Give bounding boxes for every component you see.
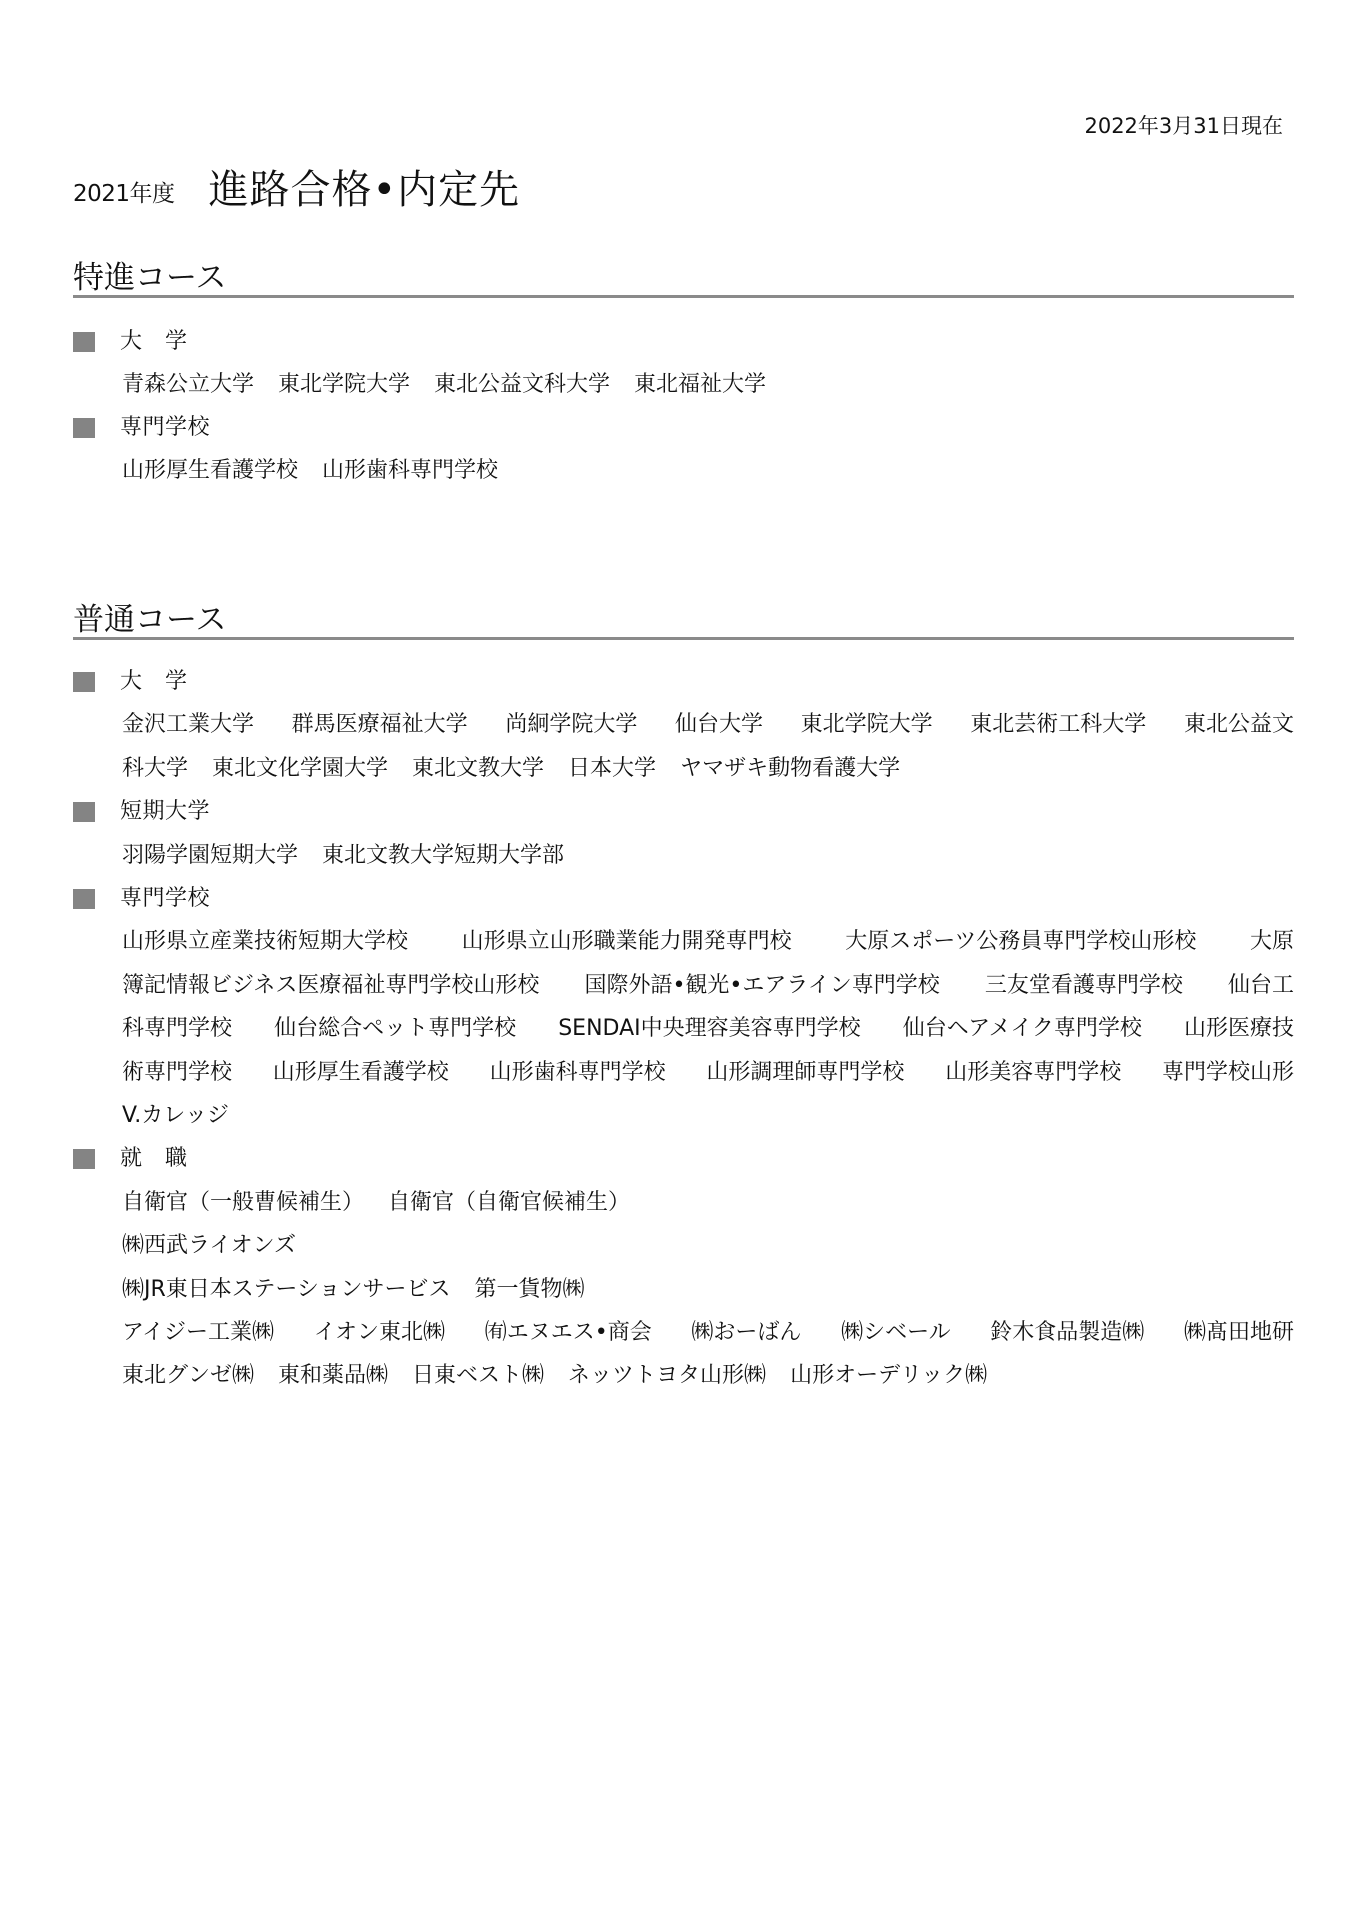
category-label: 専門学校 [120,406,210,449]
list-item: ネッツトヨタ山形㈱ [568,1354,766,1397]
list-item: 尚絅学院大学 [505,703,637,746]
list-item: ㈱西武ライオンズ [122,1224,296,1267]
list-item: 仙台大学 [675,703,763,746]
square-bullet-icon [73,802,95,822]
list-item: 東北公益文科大学 [434,363,610,406]
course-heading: 特進コース [73,259,1294,295]
list-item: ㈱おーばん [691,1311,801,1354]
list-item: 自衛官（自衛官候補生） [388,1181,630,1224]
list-line: 簿記情報ビジネス医療福祉専門学校山形校国際外語•観光•エアライン専門学校三友堂看… [122,964,1294,1007]
category-header: 短期大学 [73,790,1294,833]
list-item: ㈱髙田地研 [1184,1311,1294,1354]
heading-rule [73,637,1294,640]
list-line: ㈱西武ライオンズ [122,1224,1294,1267]
list-line: 山形厚生看護学校山形歯科専門学校 [122,449,1294,492]
list-line: 東北グンゼ㈱東和薬品㈱日東ベスト㈱ネッツトヨタ山形㈱山形オーデリック㈱ [122,1354,1294,1397]
list-item: 山形県立産業技術短期大学校 [122,920,408,963]
category-header: 就 職 [73,1137,1294,1180]
list-item: 東北文教大学 [412,747,544,790]
list-item: 山形県立山形職業能力開発専門校 [462,920,792,963]
square-bullet-icon [73,332,95,352]
course-tokushin: 特進コース 大 学 青森公立大学東北学院大学東北公益文科大学東北福祉大学 専門学… [73,259,1294,298]
list-line: 羽陽学園短期大学東北文教大学短期大学部 [122,834,1294,877]
category-vocational: 専門学校 山形厚生看護学校山形歯科専門学校 [73,406,1294,493]
list-line: 山形県立産業技術短期大学校山形県立山形職業能力開発専門校大原スポーツ公務員専門学… [122,920,1294,963]
fiscal-year: 2021年度 [73,179,175,209]
list-item: 大原スポーツ公務員専門学校山形校 [845,920,1196,963]
list-item: 専門学校山形 [1162,1051,1294,1094]
category-vocational: 専門学校 山形県立産業技術短期大学校山形県立山形職業能力開発専門校大原スポーツ公… [73,877,1294,1137]
list-item: 仙台総合ペット専門学校 [274,1007,516,1050]
category-employment: 就 職 自衛官（一般曹候補生）自衛官（自衛官候補生） ㈱西武ライオンズ ㈱JR東… [73,1137,1294,1397]
list-item: ㈲エヌエス•商会 [485,1311,652,1354]
list-item: 山形オーデリック㈱ [790,1354,987,1397]
category-label: 短期大学 [120,790,210,833]
list-line: ㈱JR東日本ステーションサービス第一貨物㈱ [122,1268,1294,1311]
square-bullet-icon [73,418,95,438]
page-title: 進路合格•内定先 [209,165,521,215]
list-item: ヤマザキ動物看護大学 [680,747,900,790]
course-futsu: 普通コース 大 学 金沢工業大学群馬医療福祉大学尚絅学院大学仙台大学東北学院大学… [73,601,1294,640]
list-item: アイジー工業㈱ [122,1311,274,1354]
category-header: 専門学校 [73,406,1294,449]
list-item: 山形歯科専門学校 [490,1051,666,1094]
list-item: 東北文化学園大学 [212,747,388,790]
category-header: 専門学校 [73,877,1294,920]
list-item: 金沢工業大学 [122,703,254,746]
list-line: 術専門学校山形厚生看護学校山形歯科専門学校山形調理師専門学校山形美容専門学校専門… [122,1051,1294,1094]
list-item: イオン東北㈱ [314,1311,445,1354]
list-item: 簿記情報ビジネス医療福祉専門学校山形校 [122,964,539,1007]
list-item: 山形厚生看護学校 [122,449,298,492]
category-label: 大 学 [120,320,188,363]
list-item: 仙台工 [1228,964,1294,1007]
list-item: 群馬医療福祉大学 [292,703,468,746]
list-item: 東北芸術工科大学 [970,703,1146,746]
list-line: アイジー工業㈱イオン東北㈱㈲エヌエス•商会㈱おーばん㈱シベール鈴木食品製造㈱㈱髙… [122,1311,1294,1354]
list-item: 山形厚生看護学校 [273,1051,449,1094]
list-item: 第一貨物㈱ [474,1268,584,1311]
list-item: 日本大学 [568,747,656,790]
as-of-date: 2022年3月31日現在 [1084,112,1283,140]
list-item: 山形医療技 [1184,1007,1294,1050]
list-item: 東北文教大学短期大学部 [322,834,564,877]
list-item: 大原 [1250,920,1294,963]
list-item: 鈴木食品製造㈱ [990,1311,1144,1354]
list-item: 東北グンゼ㈱ [122,1354,254,1397]
list-item: 東北福祉大学 [634,363,766,406]
list-item: 羽陽学園短期大学 [122,834,298,877]
page-header: 2021年度 進路合格•内定先 [73,165,520,215]
category-label: 専門学校 [120,877,210,920]
list-item: 山形美容専門学校 [945,1051,1121,1094]
category-label: 大 学 [120,660,188,703]
list-item: 山形歯科専門学校 [322,449,498,492]
list-item: SENDAI中央理容美容専門学校 [558,1007,860,1050]
list-item: 科専門学校 [122,1007,232,1050]
category-university: 大 学 金沢工業大学群馬医療福祉大学尚絅学院大学仙台大学東北学院大学東北芸術工科… [73,660,1294,790]
list-item: ㈱JR東日本ステーションサービス [122,1268,450,1311]
list-line: 金沢工業大学群馬医療福祉大学尚絅学院大学仙台大学東北学院大学東北芸術工科大学東北… [122,703,1294,746]
list-line: 青森公立大学東北学院大学東北公益文科大学東北福祉大学 [122,363,1294,406]
list-item: 青森公立大学 [122,363,254,406]
category-junior-college: 短期大学 羽陽学園短期大学東北文教大学短期大学部 [73,790,1294,877]
list-item: 術専門学校 [122,1051,232,1094]
square-bullet-icon [73,1149,95,1169]
list-item: 国際外語•観光•エアライン専門学校 [584,964,939,1007]
list-item: 山形調理師専門学校 [706,1051,904,1094]
list-line: 自衛官（一般曹候補生）自衛官（自衛官候補生） [122,1181,1294,1224]
category-header: 大 学 [73,320,1294,363]
list-item: 自衛官（一般曹候補生） [122,1181,364,1224]
list-item: 東北学院大学 [278,363,410,406]
list-item: V.カレッジ [122,1094,229,1137]
list-item: 仙台ヘアメイク専門学校 [903,1007,1142,1050]
list-item: ㈱シベール [841,1311,951,1354]
list-item: 東和薬品㈱ [278,1354,388,1397]
list-item: 科大学 [122,747,188,790]
list-line: 科大学東北文化学園大学東北文教大学日本大学ヤマザキ動物看護大学 [122,747,1294,790]
course-heading: 普通コース [73,601,1294,637]
category-label: 就 職 [120,1137,188,1180]
list-item: 日東ベスト㈱ [412,1354,544,1397]
list-item: 東北学院大学 [801,703,933,746]
square-bullet-icon [73,889,95,909]
list-line: V.カレッジ [122,1094,1294,1137]
list-line: 科専門学校仙台総合ペット専門学校SENDAI中央理容美容専門学校仙台ヘアメイク専… [122,1007,1294,1050]
square-bullet-icon [73,672,95,692]
category-header: 大 学 [73,660,1294,703]
heading-rule [73,295,1294,298]
list-item: 三友堂看護専門学校 [985,964,1183,1007]
list-item: 東北公益文 [1184,703,1294,746]
category-university: 大 学 青森公立大学東北学院大学東北公益文科大学東北福祉大学 [73,320,1294,407]
